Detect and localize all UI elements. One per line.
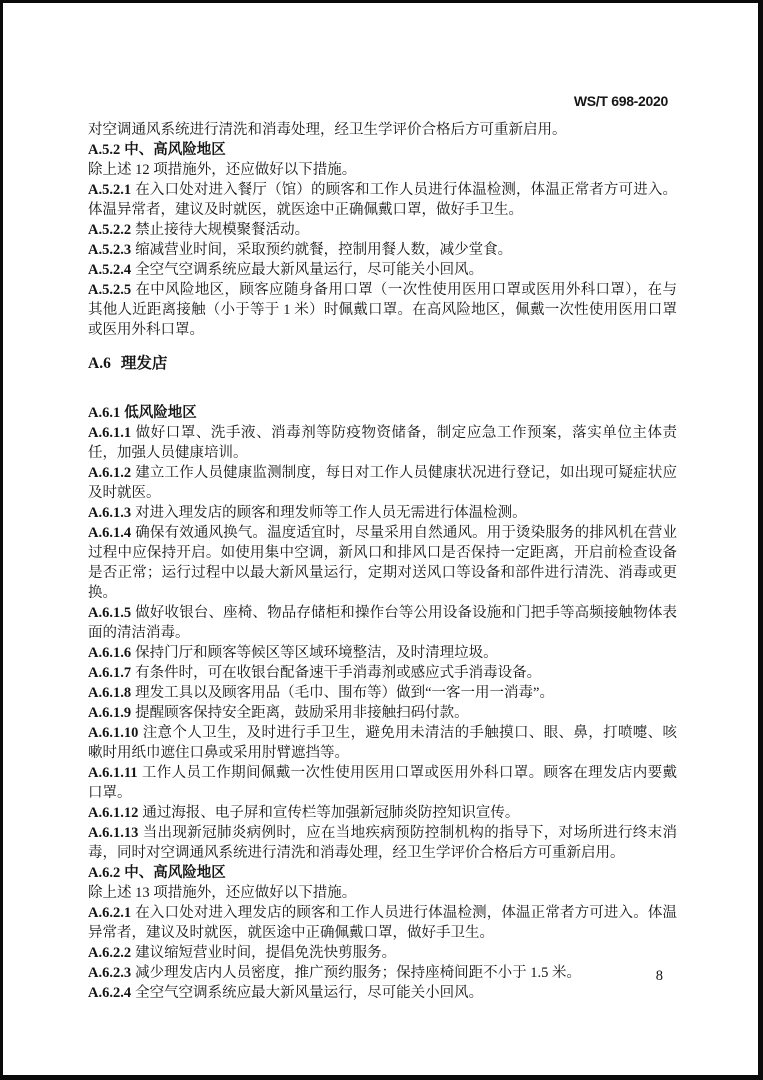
- clause-paragraph: A.6.1.13当出现新冠肺炎病例时，应在当地疾病预防控制机构的指导下，对场所进…: [88, 823, 677, 863]
- clause-paragraph: A.6.1.9提醒顾客保持安全距离，鼓励采用非接触扫码付款。: [88, 703, 677, 723]
- clause-paragraph: A.6.1.4确保有效通风换气。温度适宜时，尽量采用自然通风。用于烫染服务的排风…: [88, 523, 677, 603]
- clause-number: A.5.2.4: [88, 262, 131, 278]
- clause-text: 对空调通风系统进行清洗和消毒处理，经卫生学评价合格后方可重新启用。: [88, 122, 567, 138]
- clause-number: A.6.2: [88, 865, 120, 881]
- clause-text: 确保有效通风换气。温度适宜时，尽量采用自然通风。用于烫染服务的排风机在营业过程中…: [88, 525, 677, 601]
- clause-number: A.6.1.5: [88, 605, 131, 621]
- clause-paragraph: A.6.2.1在入口处对进入理发店的顾客和工作人员进行体温检测，体温正常者方可进…: [88, 903, 677, 943]
- clause-number: A.6.1.10: [88, 725, 138, 741]
- clause-paragraph: A.6.1.5做好收银台、座椅、物品存储柜和操作台等公用设备设施和门把手等高频接…: [88, 603, 677, 643]
- clause-paragraph: A.6.2.4全空气空调系统应最大新风量运行，尽可能关小回风。: [88, 983, 677, 1003]
- clause-paragraph: A.6.1.7有条件时，可在收银台配备速干手消毒剂或感应式手消毒设备。: [88, 663, 677, 683]
- clause-text: 保持门厅和顾客等候区等区域环境整洁，及时清理垃圾。: [135, 645, 498, 661]
- clause-number: A.6.1.9: [88, 705, 131, 721]
- subsection-heading: A.6.1低风险地区: [88, 403, 677, 423]
- clause-paragraph: 对空调通风系统进行清洗和消毒处理，经卫生学评价合格后方可重新启用。: [88, 120, 677, 140]
- clause-text: 建议缩短营业时间，提倡免洗快剪服务。: [135, 945, 396, 961]
- clause-text: 中、高风险地区: [124, 142, 226, 158]
- clause-number: A.6.1.3: [88, 505, 131, 521]
- clause-number: A.6.1.13: [88, 825, 138, 841]
- clause-text: 做好口罩、洗手液、消毒剂等防疫物资储备，制定应急工作预案，落实单位主体责任，加强…: [88, 425, 677, 461]
- clause-number: A.6.1.2: [88, 465, 131, 481]
- subsection-heading: A.5.2中、高风险地区: [88, 140, 677, 160]
- clause-paragraph: A.6.1.2建立工作人员健康监测制度，每日对工作人员健康状况进行登记，如出现可…: [88, 463, 677, 503]
- clause-text: 在入口处对进入餐厅（馆）的顾客和工作人员进行体温检测，体温正常者方可进入。体温异…: [88, 182, 677, 218]
- clause-number: A.6.1.11: [88, 765, 138, 781]
- clause-number: A.5.2.1: [88, 182, 131, 198]
- clause-paragraph: A.6.1.1做好口罩、洗手液、消毒剂等防疫物资储备，制定应急工作预案，落实单位…: [88, 423, 677, 463]
- clause-text: 低风险地区: [124, 405, 197, 421]
- clause-text: 全空气空调系统应最大新风量运行，尽可能关小回风。: [135, 262, 483, 278]
- clause-text: 在入口处对进入理发店的顾客和工作人员进行体温检测，体温正常者方可进入。体温异常者…: [88, 905, 677, 941]
- clause-text: 禁止接待大规模聚餐活动。: [135, 222, 309, 238]
- clause-paragraph: A.6.1.10注意个人卫生，及时进行手卫生，避免用未清洁的手触摸口、眼、鼻，打…: [88, 723, 677, 763]
- clause-text: 除上述 12 项措施外，还应做好以下措施。: [88, 162, 356, 178]
- clause-text: 工作人员工作期间佩戴一次性使用医用口罩或医用外科口罩。顾客在理发店内要戴口罩。: [88, 765, 677, 801]
- clause-paragraph: 除上述 13 项措施外，还应做好以下措施。: [88, 883, 677, 903]
- clause-text: 全空气空调系统应最大新风量运行，尽可能关小回风。: [135, 985, 483, 1001]
- clause-paragraph: A.5.2.3缩减营业时间，采取预约就餐，控制用餐人数，减少堂食。: [88, 240, 677, 260]
- clause-number: A.6.2.4: [88, 985, 131, 1001]
- clause-paragraph: A.5.2.4全空气空调系统应最大新风量运行，尽可能关小回风。: [88, 260, 677, 280]
- clause-number: A.5.2.3: [88, 242, 131, 258]
- clause-number: A.6.1: [88, 405, 120, 421]
- clause-text: 对进入理发店的顾客和理发师等工作人员无需进行体温检测。: [135, 505, 527, 521]
- clause-number: A.6.2.1: [88, 905, 131, 921]
- clause-number: A.5.2.5: [88, 282, 131, 298]
- clause-number: A.6.2.2: [88, 945, 131, 961]
- clause-number: A.6: [88, 355, 111, 372]
- clause-number: A.6.1.8: [88, 685, 131, 701]
- clause-paragraph: A.6.1.11工作人员工作期间佩戴一次性使用医用口罩或医用外科口罩。顾客在理发…: [88, 763, 677, 803]
- clause-paragraph: A.6.1.6保持门厅和顾客等候区等区域环境整洁，及时清理垃圾。: [88, 643, 677, 663]
- clause-paragraph: A.6.1.12通过海报、电子屏和宣传栏等加强新冠肺炎防控知识宣传。: [88, 803, 677, 823]
- clause-number: A.6.1.1: [88, 425, 131, 441]
- clause-text: 除上述 13 项措施外，还应做好以下措施。: [88, 885, 356, 901]
- page-number: 8: [88, 968, 663, 985]
- clause-number: A.6.1.6: [88, 645, 131, 661]
- standard-number-header: WS/T 698-2020: [88, 93, 668, 109]
- clause-text: 有条件时，可在收银台配备速干手消毒剂或感应式手消毒设备。: [135, 665, 541, 681]
- clause-text: 提醒顾客保持安全距离，鼓励采用非接触扫码付款。: [135, 705, 469, 721]
- clause-paragraph: A.6.2.2建议缩短营业时间，提倡免洗快剪服务。: [88, 943, 677, 963]
- clause-number: A.6.1.12: [88, 805, 138, 821]
- clause-paragraph: A.6.1.3对进入理发店的顾客和理发师等工作人员无需进行体温检测。: [88, 503, 677, 523]
- clause-paragraph: A.6.1.8理发工具以及顾客用品（毛巾、围布等）做到“一客一用一消毒”。: [88, 683, 677, 703]
- clause-paragraph: A.5.2.5在中风险地区，顾客应随身备用口罩（一次性使用医用口罩或医用外科口罩…: [88, 280, 677, 340]
- subsection-heading: A.6.2中、高风险地区: [88, 863, 677, 883]
- document-body: 对空调通风系统进行清洗和消毒处理，经卫生学评价合格后方可重新启用。A.5.2中、…: [88, 120, 677, 1003]
- clause-text: 通过海报、电子屏和宣传栏等加强新冠肺炎防控知识宣传。: [142, 805, 519, 821]
- clause-number: A.5.2: [88, 142, 120, 158]
- clause-number: A.5.2.2: [88, 222, 131, 238]
- clause-text: 建立工作人员健康监测制度，每日对工作人员健康状况进行登记，如出现可疑症状应及时就…: [88, 465, 677, 501]
- clause-text: 注意个人卫生，及时进行手卫生，避免用未清洁的手触摸口、眼、鼻，打喷嚏、咳嗽时用纸…: [88, 725, 677, 761]
- clause-paragraph: A.5.2.2禁止接待大规模聚餐活动。: [88, 220, 677, 240]
- clause-paragraph: 除上述 12 项措施外，还应做好以下措施。: [88, 160, 677, 180]
- clause-text: 理发店: [121, 355, 168, 372]
- clause-text: 当出现新冠肺炎病例时，应在当地疾病预防控制机构的指导下，对场所进行终末消毒，同时…: [88, 825, 677, 861]
- clause-number: A.6.1.4: [88, 525, 131, 541]
- clause-text: 中、高风险地区: [124, 865, 226, 881]
- section-heading: A.6理发店: [88, 354, 677, 374]
- clause-text: 做好收银台、座椅、物品存储柜和操作台等公用设备设施和门把手等高频接触物体表面的清…: [88, 605, 677, 641]
- clause-text: 在中风险地区，顾客应随身备用口罩（一次性使用医用口罩或医用外科口罩），在与其他人…: [88, 282, 677, 338]
- clause-paragraph: A.5.2.1在入口处对进入餐厅（馆）的顾客和工作人员进行体温检测，体温正常者方…: [88, 180, 677, 220]
- clause-text: 缩减营业时间，采取预约就餐，控制用餐人数，减少堂食。: [135, 242, 512, 258]
- clause-text: 理发工具以及顾客用品（毛巾、围布等）做到“一客一用一消毒”。: [135, 685, 554, 701]
- clause-number: A.6.1.7: [88, 665, 131, 681]
